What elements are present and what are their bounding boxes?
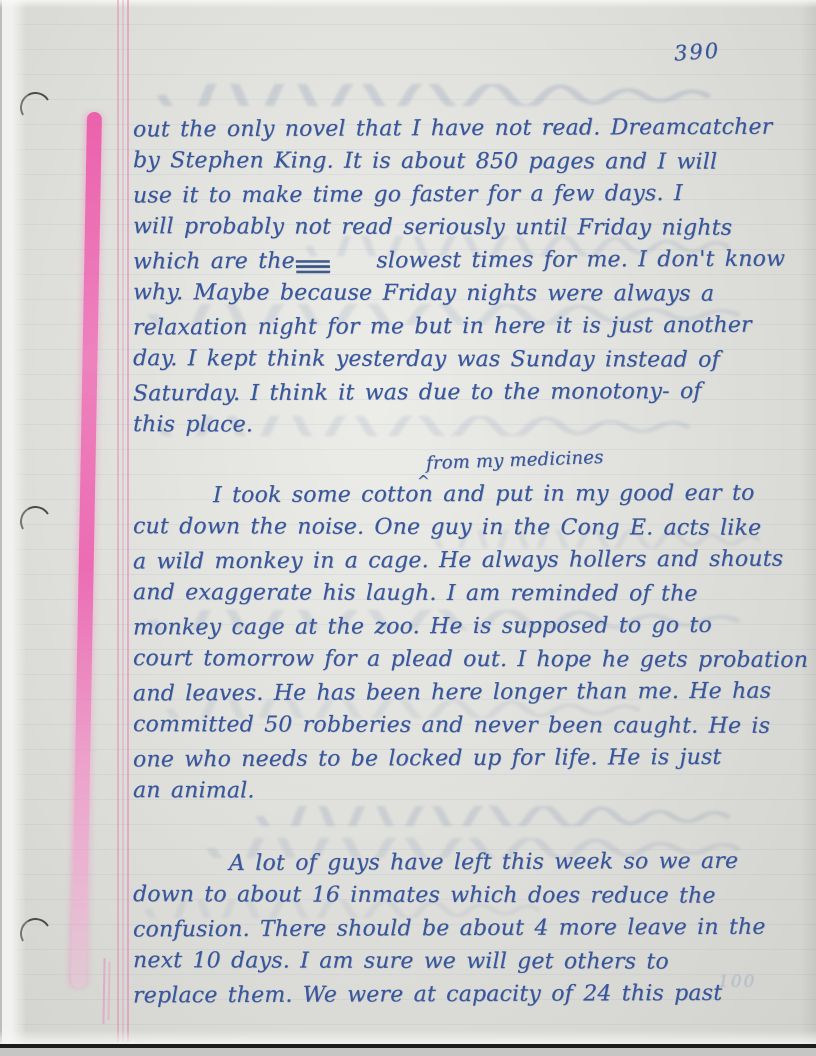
- scanner-background: [0, 1048, 816, 1056]
- highlighter-streak: [107, 962, 110, 1020]
- pink-highlighter-stroke: [71, 112, 102, 988]
- margin-rule-line: [127, 0, 129, 1042]
- handwritten-line: monkey cage at the zoo. He is supposed t…: [133, 609, 803, 645]
- paragraph-1: out the only novel that I have not read.…: [133, 112, 803, 442]
- handwritten-line: cut down the noise. One guy in the Cong …: [133, 510, 803, 545]
- page-number: 390: [673, 38, 721, 65]
- handwritten-line: committed 50 robberies and never been ca…: [133, 708, 803, 743]
- handwritten-line: Saturday. I think it was due to the mono…: [133, 375, 803, 411]
- handwritten-line: use it to make time go faster for a few …: [133, 177, 803, 213]
- bottom-light-band: [0, 1030, 816, 1044]
- handwritten-line: an animal.: [133, 774, 803, 809]
- top-scan-edge: [0, 0, 816, 8]
- handwritten-line: a wild monkey in a cage. He always holle…: [133, 543, 803, 579]
- handwritten-line: one who needs to be locked up for life. …: [133, 741, 803, 777]
- handwritten-line: out the only novel that I have not read.…: [133, 111, 803, 147]
- handwritten-line: next 10 days. I am sure we will get othe…: [133, 944, 803, 979]
- handwritten-line: confusion. There should be about 4 more …: [133, 911, 803, 947]
- bleedthrough-page-number: 100: [718, 972, 756, 992]
- handwritten-line: and exaggerate his laugh. I am reminded …: [133, 576, 803, 611]
- highlighter-streak: [102, 958, 105, 1024]
- handwritten-line: court tomorrow for a plead out. I hope h…: [133, 642, 803, 677]
- interline-insertion: from my medicines: [426, 447, 604, 474]
- margin-rule-line: [117, 0, 119, 1042]
- handwritten-line: I took some cotton and put in my good ea…: [133, 477, 803, 513]
- handwritten-line: by Stephen King. It is about 850 pages a…: [133, 144, 803, 179]
- handwritten-line: A lot of guys have left this week so we …: [133, 845, 803, 881]
- handwritten-line: down to about 16 inmates which does redu…: [133, 878, 803, 913]
- handwritten-line: will probably not read seriously until F…: [133, 210, 803, 245]
- paragraph-2: I took some cotton and put in my good ea…: [133, 478, 803, 808]
- handwritten-line: replace them. We were at capacity of 24 …: [133, 977, 803, 1013]
- handwritten-line: why. Maybe because Friday nights were al…: [133, 276, 803, 311]
- handwritten-line: which are the slowest times for me. I do…: [133, 243, 803, 279]
- margin-rule-line: [122, 0, 124, 1042]
- handwritten-line: relaxation night for me but in here it i…: [133, 309, 803, 345]
- scratched-out-word: [296, 257, 331, 276]
- handwritten-line: and leaves. He has been here longer than…: [133, 675, 803, 711]
- handwritten-line: day. I kept think yesterday was Sunday i…: [133, 342, 803, 377]
- bleedthrough-line: [150, 84, 710, 106]
- paragraph-3: A lot of guys have left this week so we …: [133, 846, 803, 1011]
- scanned-journal-page: 390 out the only novel that I have not r…: [0, 0, 816, 1056]
- handwritten-line: this place.: [133, 408, 803, 443]
- bleedthrough-line: [250, 806, 730, 826]
